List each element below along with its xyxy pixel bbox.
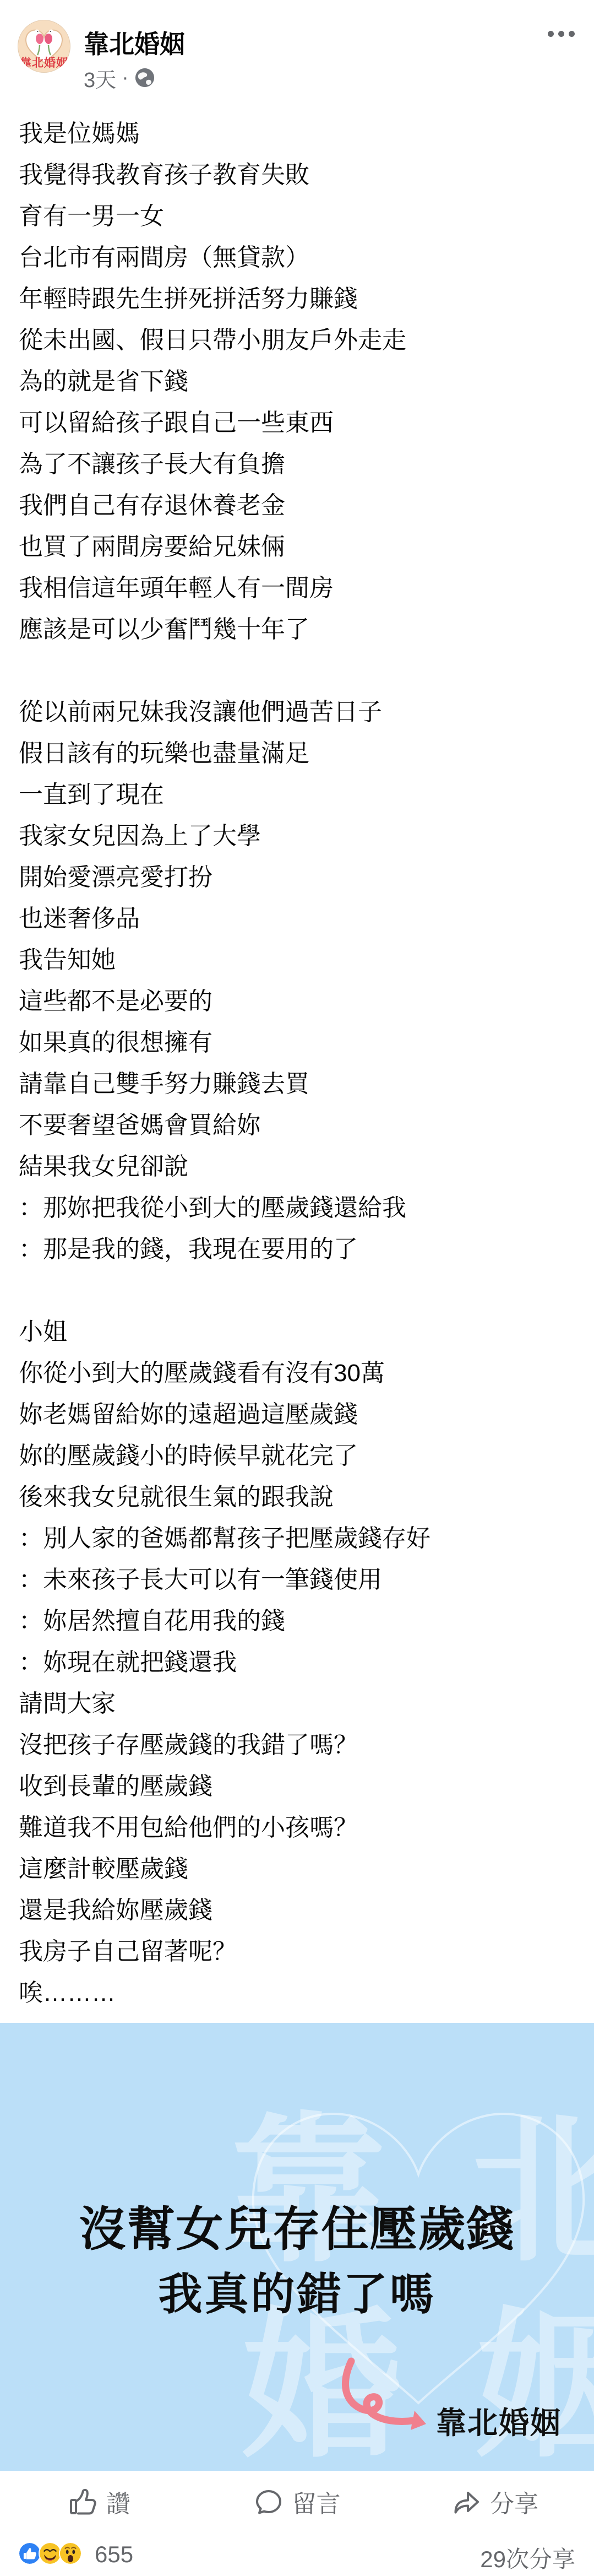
like-button[interactable]: 讚 <box>0 2476 198 2527</box>
post-text-line: 你從小到大的壓歲錢看有沒有30萬 <box>19 1352 580 1394</box>
post-text-line: 開始愛漂亮愛打扮 <box>19 857 580 898</box>
post-text-line: 育有一男一女 <box>19 196 580 237</box>
post-text: 我是位媽媽我覺得我教育孩子教育失敗育有一男一女台北市有兩間房（無貸款）年輕時跟先… <box>19 113 580 2014</box>
post-text-line: 這些都不是必要的 <box>19 981 580 1022</box>
post-text-line: 這麼計較壓歲錢 <box>19 1848 580 1890</box>
post-text-line: 我房子自己留著呢？ <box>19 1931 580 1972</box>
like-button-label: 讚 <box>106 2484 130 2519</box>
thumbs-up-icon <box>68 2487 97 2517</box>
post-text-line: 結果我女兒卻說 <box>19 1146 580 1187</box>
haha-reaction-icon <box>39 2542 62 2565</box>
like-reaction-icon <box>18 2542 41 2565</box>
post-text-line: 我是位媽媽 <box>19 113 580 154</box>
avatar-brand-text: 靠北婚姻 <box>18 54 70 71</box>
post-text-line: 如果真的很想擁有 <box>19 1022 580 1063</box>
post-text-line: 妳的壓歲錢小的時候早就花完了 <box>19 1435 580 1476</box>
reaction-count[interactable]: 655 <box>95 2541 133 2568</box>
post-text-line: 從以前兩兄妹我沒讓他們過苦日子 <box>19 691 580 733</box>
comment-button-label: 留言 <box>292 2484 341 2519</box>
wow-reaction-icon <box>59 2542 82 2565</box>
post-text-line: 應該是可以少奮鬥幾十年了 <box>19 609 580 650</box>
post-text-line: ：妳居然擅自花用我的錢 <box>19 1600 580 1642</box>
post-header: 靠北婚姻 靠北婚姻 3天 · <box>0 0 594 113</box>
action-bar: 讚 留言 分享 <box>0 2476 594 2527</box>
watermark-char: 姻 <box>476 2307 594 2466</box>
post-text-line: 還是我給妳壓歲錢 <box>19 1890 580 1931</box>
post-text-line: 我相信這年頭年輕人有一間房 <box>19 567 580 609</box>
globe-privacy-icon <box>134 67 155 88</box>
post-text-line: ：那妳把我從小到大的壓歲錢還給我 <box>19 1187 580 1229</box>
post-text-line: 我覺得我教育孩子教育失敗 <box>19 154 580 196</box>
curly-arrow-icon <box>330 2353 435 2436</box>
post-text-line: 收到長輩的壓歲錢 <box>19 1766 580 1807</box>
post-text-line <box>19 1270 580 1311</box>
post-text-line: 也迷奢侈品 <box>19 898 580 939</box>
image-brand-text: 靠北婚姻 <box>436 2399 562 2442</box>
post-text-line: ：那是我的錢，我現在要用的了 <box>19 1229 580 1270</box>
share-button[interactable]: 分享 <box>396 2476 594 2527</box>
engagement-summary: 655 29次分享 <box>0 2533 594 2576</box>
image-title-line2: 我真的錯了嗎 <box>0 2259 594 2322</box>
comment-bubble-icon <box>254 2487 284 2517</box>
post-text-line: 我們自己有存退休養老金 <box>19 485 580 526</box>
post-text-line: ：妳現在就把錢還我 <box>19 1642 580 1683</box>
post-text-line: 難道我不用包給他們的小孩嗎？ <box>19 1807 580 1848</box>
post-timestamp[interactable]: 3天 <box>84 63 116 93</box>
post-text-line: 妳老媽留給妳的遠超過這壓歲錢 <box>19 1394 580 1435</box>
post-text-line: 可以留給孩子跟自己一些東西 <box>19 402 580 443</box>
post-text-line <box>19 650 580 691</box>
post-options-ellipsis-icon[interactable] <box>544 28 578 40</box>
post-text-line: 一直到了現在 <box>19 774 580 815</box>
share-button-label: 分享 <box>490 2484 538 2519</box>
post-text-line: 請問大家 <box>19 1683 580 1724</box>
comment-button[interactable]: 留言 <box>198 2476 396 2527</box>
share-arrow-icon <box>451 2487 481 2517</box>
post-text-line: 我告知她 <box>19 939 580 981</box>
post-text-line: 沒把孩子存壓歲錢的我錯了嗎？ <box>19 1724 580 1766</box>
post-text-line: 後來我女兒就很生氣的跟我說 <box>19 1476 580 1518</box>
image-title-line1: 沒幫女兒存住壓歲錢 <box>0 2191 594 2259</box>
post-text-line: 不要奢望爸媽會買給妳 <box>19 1105 580 1146</box>
post-text-line: 也買了兩間房要給兄妹倆 <box>19 526 580 567</box>
post-text-line: 從未出國、假日只帶小朋友戶外走走 <box>19 320 580 361</box>
post-text-line: 假日該有的玩樂也盡量滿足 <box>19 733 580 774</box>
meta-separator: · <box>122 66 129 90</box>
share-count[interactable]: 29次分享 <box>480 2541 575 2574</box>
post-text-line: 小姐 <box>19 1311 580 1352</box>
post-text-line: 唉……… <box>19 1972 580 2014</box>
post-text-line: 我家女兒因為上了大學 <box>19 815 580 857</box>
page-name[interactable]: 靠北婚姻 <box>84 24 185 61</box>
post-text-line: 為了不讓孩子長大有負擔 <box>19 443 580 485</box>
post-image[interactable]: 靠 北 婚 姻 沒幫女兒存住壓歲錢 我真的錯了嗎 靠北婚姻 <box>0 2023 594 2471</box>
post-text-line: 為的就是省下錢 <box>19 361 580 402</box>
post-text-line: 請靠自己雙手努力賺錢去買 <box>19 1063 580 1105</box>
post-text-line: ：別人家的爸媽都幫孩子把壓歲錢存好 <box>19 1518 580 1559</box>
post-text-line: 台北市有兩間房（無貸款） <box>19 237 580 278</box>
post-meta: 3天 · <box>84 65 155 90</box>
page-avatar[interactable]: 靠北婚姻 <box>18 20 70 73</box>
post-text-line: ：未來孩子長大可以有一筆錢使用 <box>19 1559 580 1600</box>
post-text-line: 年輕時跟先生拼死拼活努力賺錢 <box>19 278 580 320</box>
reaction-summary[interactable] <box>18 2542 82 2565</box>
